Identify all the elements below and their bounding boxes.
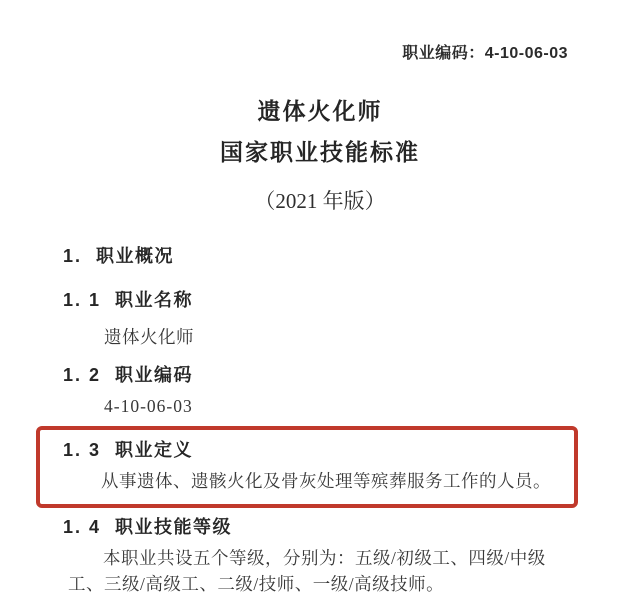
section-title: 职业编码 [115,365,193,385]
section-title: 职业名称 [115,290,193,310]
section-title: 职业技能等级 [115,517,232,537]
occupation-definition-text: 从事遗体、遗骸火化及骨灰处理等殡葬服务工作的人员。 [101,468,551,493]
doc-title-line2: 国家职业技能标准 [0,134,640,167]
occupation-code-text: 4-10-06-03 [104,396,193,417]
section-title: 职业概况 [96,246,174,266]
section-number: 1. [63,246,82,267]
section-title: 职业定义 [115,440,193,460]
skill-levels-text: 本职业共设五个等级，分别为：五级/初级工、四级/中级工、三级/高级工、二级/技师… [68,545,574,597]
section-number: 1. 1 [63,290,101,311]
section-number: 1. 3 [63,440,101,461]
section-heading-overview: 1.职业概况 [63,242,174,268]
section-heading-code: 1. 2职业编码 [63,361,193,387]
occupation-code-label: 职业编码：4-10-06-03 [402,40,568,63]
section-heading-definition: 1. 3职业定义 [63,436,193,462]
document-page: 职业编码：4-10-06-03 遗体火化师 国家职业技能标准 （2021 年版）… [0,0,640,603]
section-number: 1. 2 [63,365,101,386]
occupation-name-text: 遗体火化师 [104,324,194,349]
section-heading-name: 1. 1职业名称 [63,286,193,312]
section-heading-skill-levels: 1. 4职业技能等级 [63,513,232,539]
edition-label: （2021 年版） [0,185,640,215]
doc-title-line1: 遗体火化师 [0,93,640,126]
section-number: 1. 4 [63,517,101,538]
